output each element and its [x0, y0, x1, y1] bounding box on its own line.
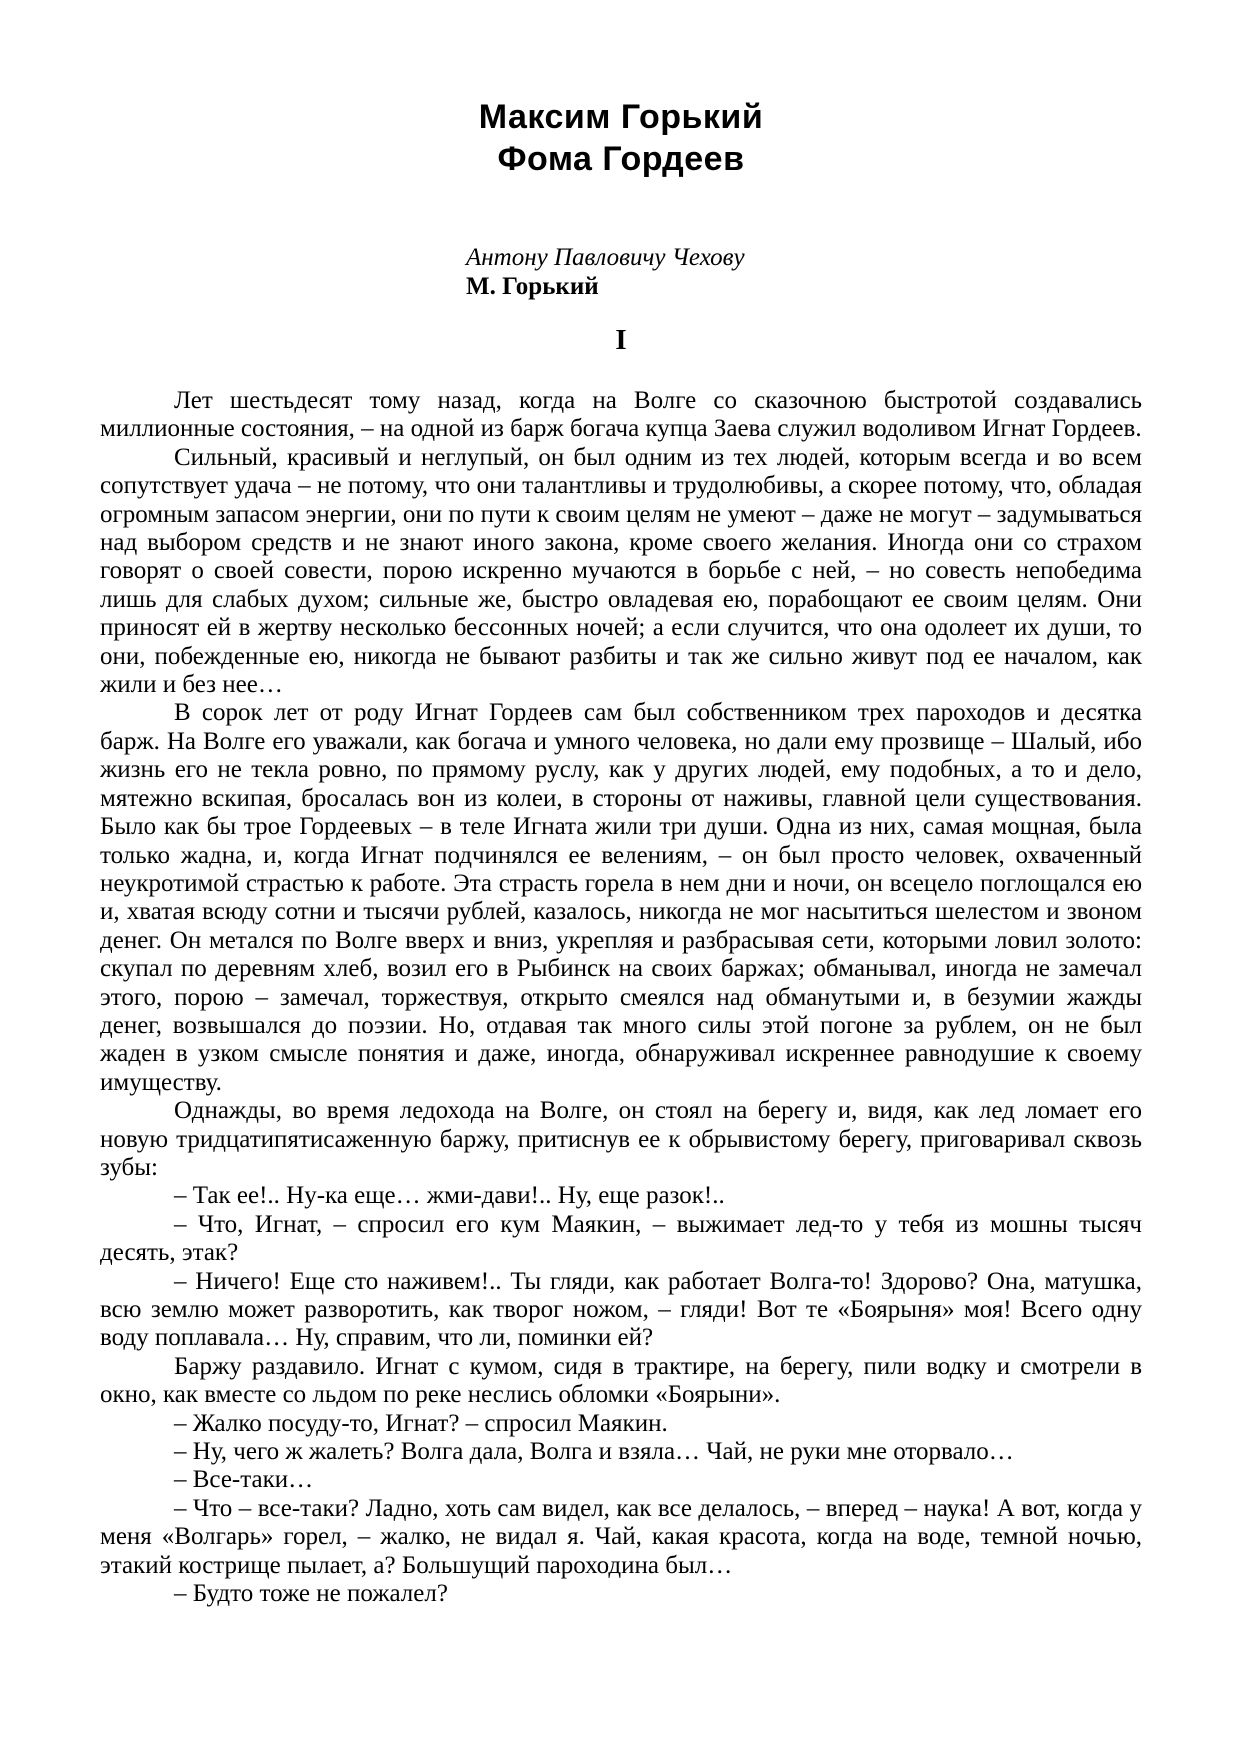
- dialogue-paragraph: – Так ее!.. Ну-ка еще… жми-дави!.. Ну, е…: [100, 1182, 1142, 1210]
- dialogue-paragraph: – Все-таки…: [100, 1466, 1142, 1494]
- chapter-heading: I: [100, 324, 1142, 357]
- dialogue-paragraph: – Ну, чего ж жалеть? Волга дала, Волга и…: [100, 1438, 1142, 1466]
- dialogue-paragraph: – Жалко посуду-то, Игнат? – спросил Маяк…: [100, 1410, 1142, 1438]
- paragraph: Однажды, во время ледохода на Волге, он …: [100, 1097, 1142, 1182]
- paragraph: Баржу раздавило. Игнат с кумом, сидя в т…: [100, 1353, 1142, 1410]
- body-text: Лет шестьдесят тому назад, когда на Волг…: [100, 387, 1142, 1608]
- dialogue-paragraph: – Что, Игнат, – спросил его кум Маякин, …: [100, 1211, 1142, 1268]
- paragraph: В сорок лет от роду Игнат Гордеев сам бы…: [100, 699, 1142, 1097]
- dedication-block: Антону Павловичу Чехову М. Горький: [466, 243, 1142, 301]
- dedication-signature: М. Горький: [466, 272, 1142, 301]
- book-name-title-line: Фома Гордеев: [100, 138, 1142, 180]
- paragraph: Лет шестьдесят тому назад, когда на Волг…: [100, 387, 1142, 444]
- dedication: Антону Павловичу Чехову: [466, 243, 1142, 272]
- document-page: Максим Горький Фома Гордеев Антону Павло…: [0, 0, 1242, 1755]
- paragraph: Сильный, красивый и неглупый, он был одн…: [100, 444, 1142, 700]
- book-title: Максим Горький Фома Гордеев: [100, 96, 1142, 180]
- dialogue-paragraph: – Будто тоже не пожалел?: [100, 1580, 1142, 1608]
- book-author-title-line: Максим Горький: [100, 96, 1142, 138]
- dialogue-paragraph: – Ничего! Еще сто наживем!.. Ты гляди, к…: [100, 1268, 1142, 1353]
- dialogue-paragraph: – Что – все-таки? Ладно, хоть сам видел,…: [100, 1495, 1142, 1580]
